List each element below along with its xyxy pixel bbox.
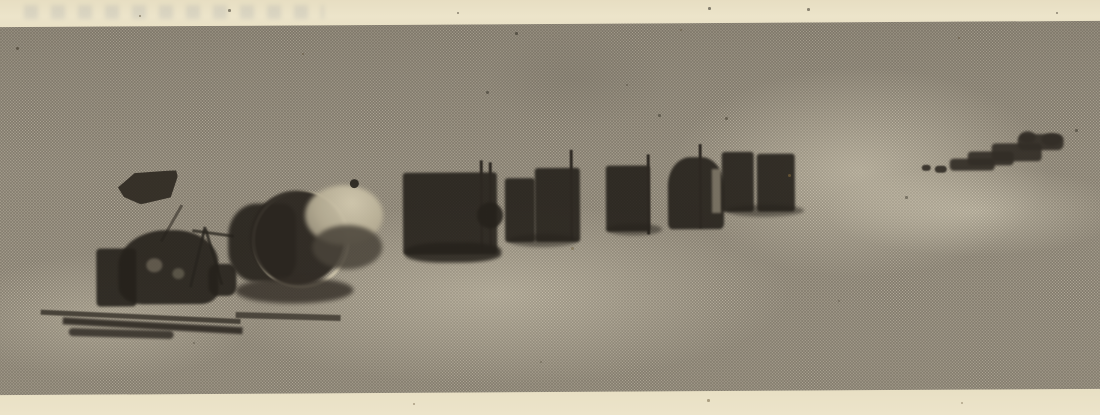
paper-speck [413, 403, 415, 405]
paper-speck [515, 32, 518, 35]
paper-speck [961, 402, 963, 404]
paper-speck [707, 399, 710, 402]
paper-speck [838, 300, 840, 302]
paper-speck [486, 91, 489, 94]
paper-speck [1056, 12, 1058, 14]
tank-shaded-side [312, 225, 382, 269]
paper-speck [725, 117, 728, 120]
paper-speck [1075, 129, 1078, 132]
paper-speck [807, 8, 810, 11]
tractor-highlight [172, 268, 184, 279]
distant-sledge [935, 166, 947, 173]
paper-speck [540, 361, 542, 363]
tank-filler-cap [350, 179, 359, 188]
tractor-body [118, 230, 218, 305]
cargo-sledge [505, 178, 535, 242]
cargo-sledge [757, 154, 795, 212]
paper-speck [680, 29, 682, 31]
distant-sledge [1020, 131, 1036, 143]
distant-sledge [1042, 133, 1062, 146]
paper-speck [16, 47, 19, 50]
paper-speck [571, 247, 574, 250]
tractor-highlight [146, 258, 162, 272]
newspaper-clipping [0, 0, 1100, 415]
paper-speck [626, 84, 628, 86]
sledge-frame-pole [570, 150, 573, 240]
cargo-sledge [722, 152, 754, 212]
sledge-wheel-lump [477, 202, 503, 228]
paper-speck [193, 342, 195, 344]
paper-speck [708, 7, 711, 10]
sledge-frame-pole [647, 154, 650, 234]
paper-speck [788, 174, 791, 177]
paper-speck [958, 37, 960, 39]
paper-speck [139, 15, 141, 17]
cargo-sledge [535, 168, 580, 242]
sledge-frame-pole [699, 144, 702, 228]
sledge-track-lumps [405, 242, 501, 263]
paper-speck [905, 196, 908, 199]
paper-speck [228, 9, 231, 12]
distant-sledge [922, 165, 931, 171]
cargo-sledge [606, 165, 650, 231]
paper-speck [457, 12, 459, 14]
paper-speck [302, 53, 304, 55]
print-showthrough [24, 5, 324, 19]
sledge-light-seam [712, 169, 721, 213]
tractor-rear-lump [208, 264, 236, 296]
halftone-photo [0, 21, 1100, 395]
paper-speck [658, 114, 661, 117]
